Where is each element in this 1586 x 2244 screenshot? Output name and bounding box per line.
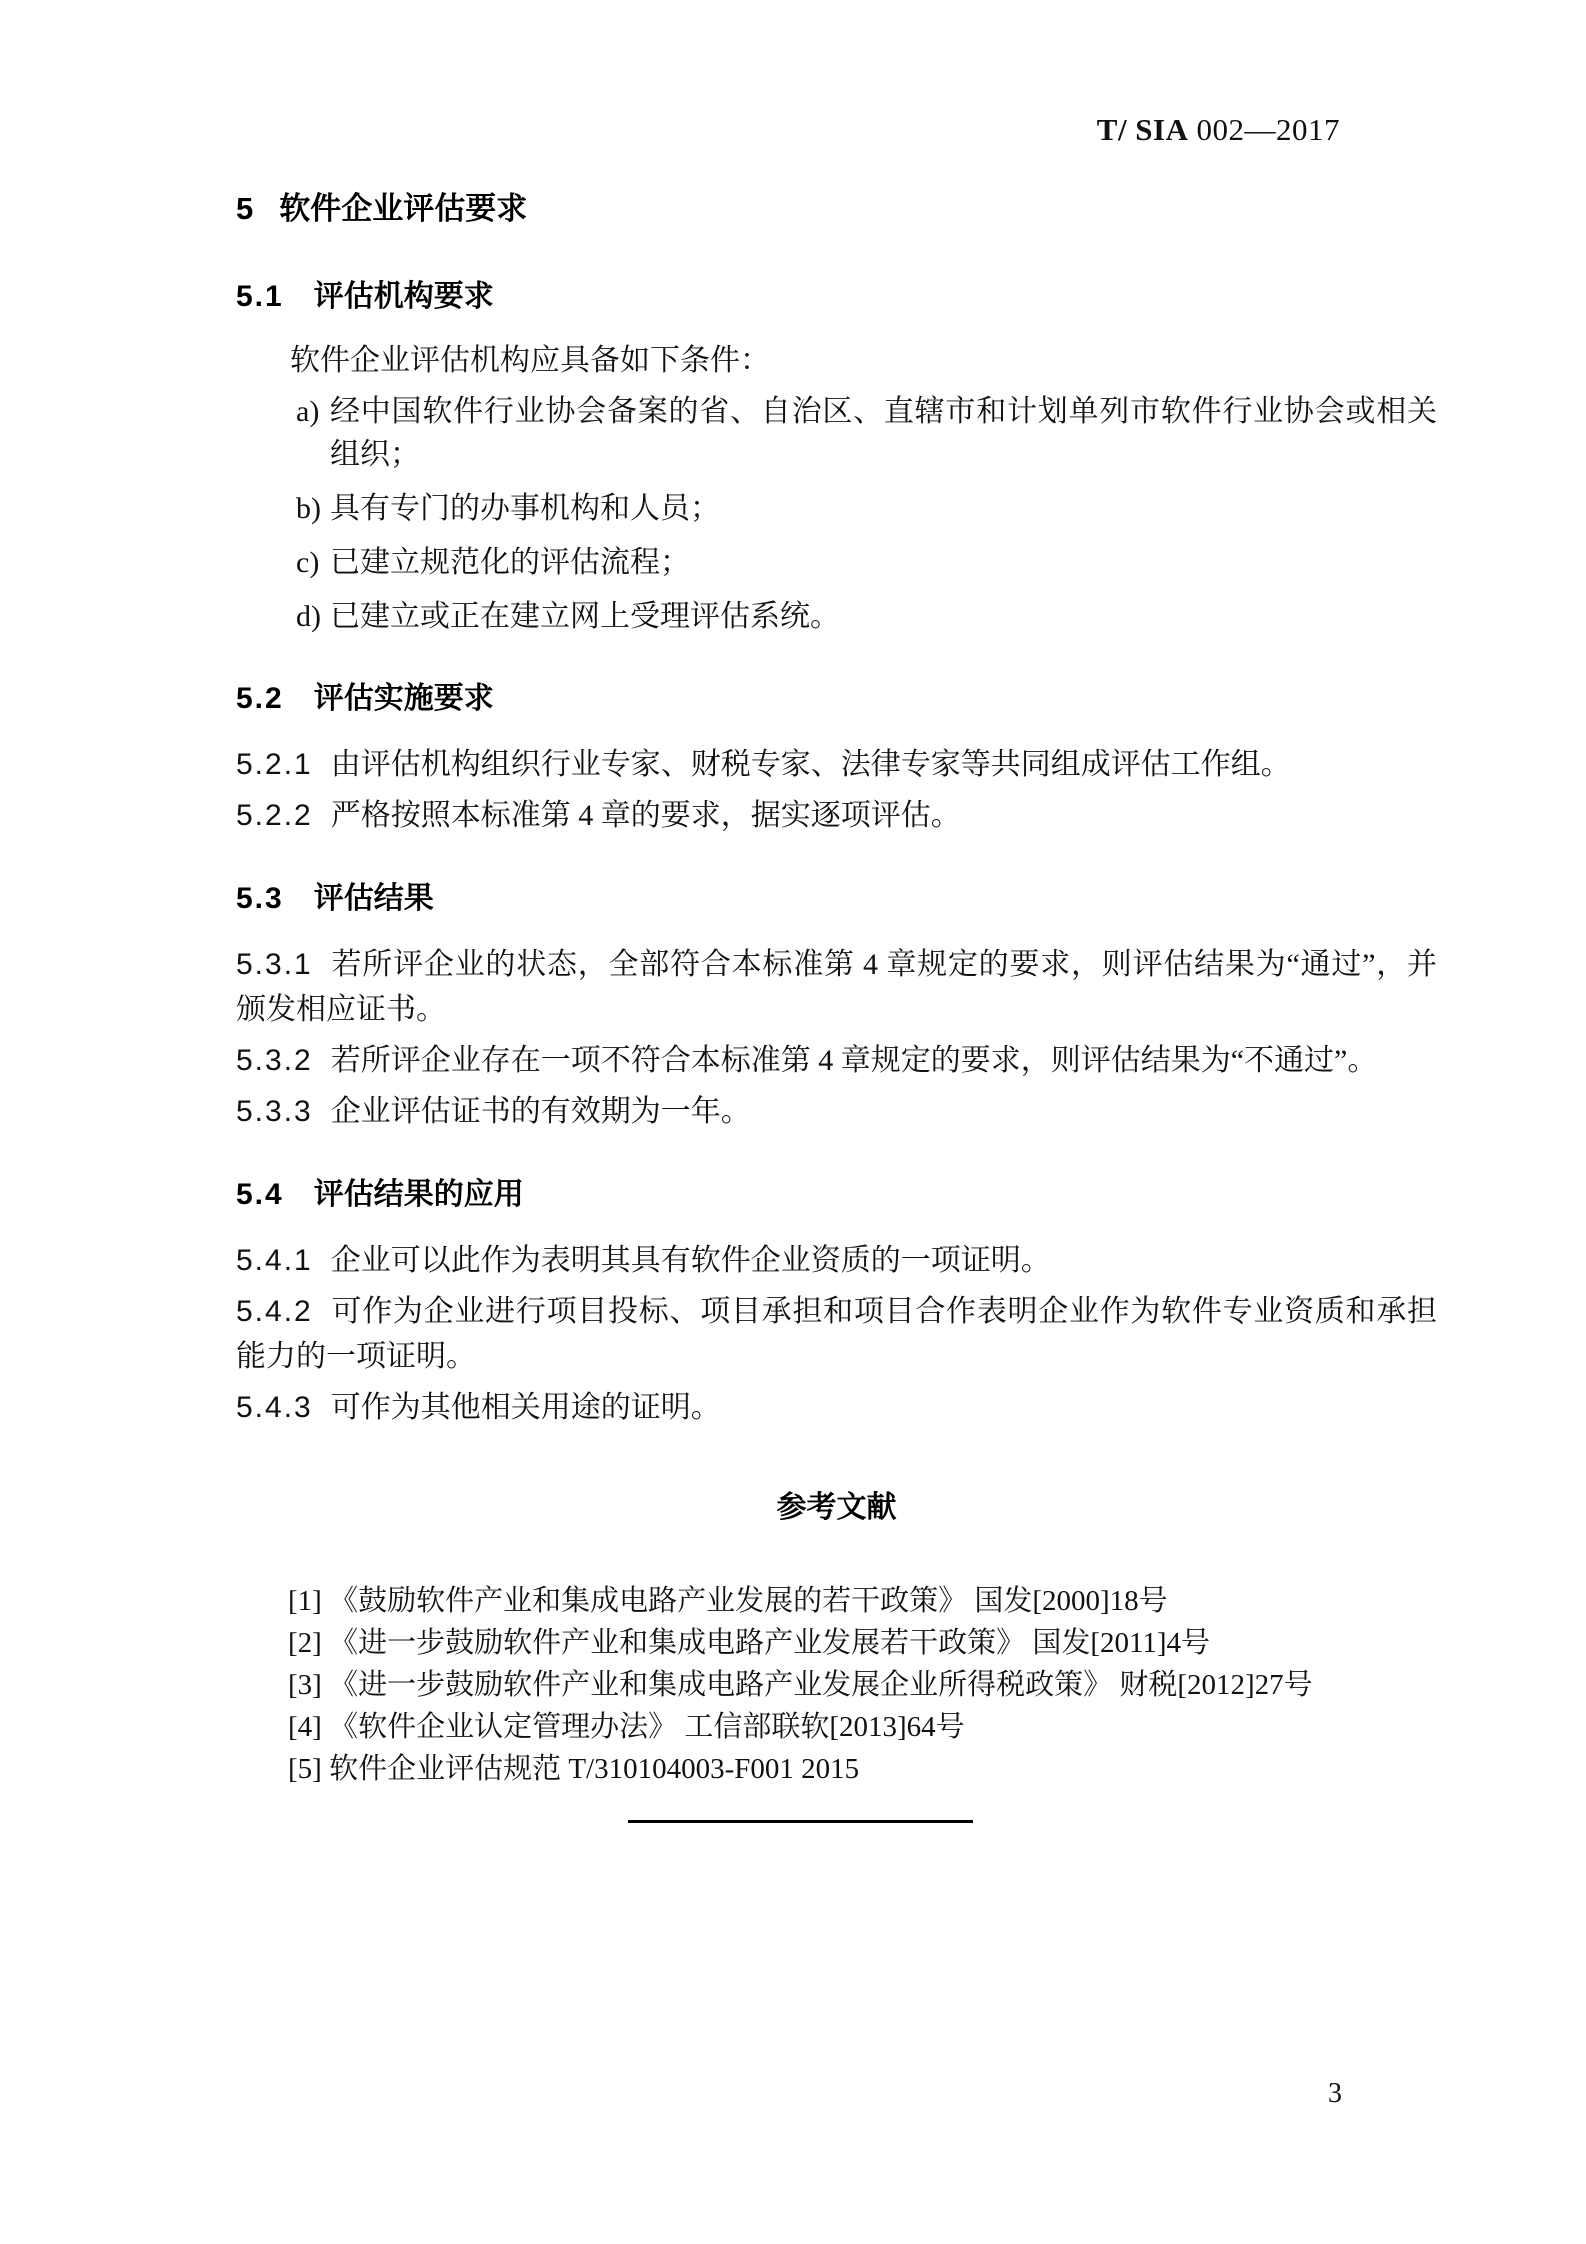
reference-item-2: [2] 《进一步鼓励软件产业和集成电路产业发展若干政策》 国发[2011]4号 (288, 1622, 1437, 1664)
references-heading: 参考文献 (236, 1482, 1437, 1526)
clause-5-3-1: 5.3.1若所评企业的状态，全部符合本标准第 4 章规定的要求，则评估结果为“通… (236, 942, 1437, 1032)
list-marker-c: c) (296, 541, 330, 584)
clause-5-4-1: 5.4.1企业可以此作为表明其具有软件企业资质的一项证明。 (236, 1238, 1437, 1283)
clause-5-4-2-number: 5.4.2 (236, 1295, 313, 1328)
clause-5-3-2: 5.3.2若所评企业存在一项不符合本标准第 4 章规定的要求，则评估结果为“不通… (236, 1038, 1437, 1083)
condition-list: a) 经中国软件行业协会备案的省、自治区、直辖市和计划单列市软件行业协会或相关组… (296, 390, 1437, 638)
section-5-1-number: 5.1 (236, 280, 284, 313)
section-5-1-heading: 5.1评估机构要求 (236, 278, 1437, 316)
clause-5-4-2: 5.4.2可作为企业进行项目投标、项目承担和项目合作表明企业作为软件专业资质和承… (236, 1289, 1437, 1379)
section-5-4-title: 评估结果的应用 (314, 1178, 524, 1211)
list-item-b: b) 具有专门的办事机构和人员； (296, 487, 1437, 530)
clause-5-2-2-text: 严格按照本标准第 4 章的要求，据实逐项评估。 (331, 799, 961, 832)
section-5-2-title: 评估实施要求 (314, 682, 494, 715)
page-number: 3 (1328, 2078, 1342, 2110)
section-5-3-number: 5.3 (236, 882, 284, 915)
section-5-1-title: 评估机构要求 (314, 280, 494, 313)
clause-5-2-2: 5.2.2严格按照本标准第 4 章的要求，据实逐项评估。 (236, 793, 1437, 838)
clause-5-3-3: 5.3.3企业评估证书的有效期为一年。 (236, 1089, 1437, 1134)
reference-item-4: [4] 《软件企业认定管理办法》 工信部联软[2013]64号 (288, 1706, 1437, 1748)
section-5-3-heading: 5.3评估结果 (236, 880, 1437, 918)
section-5-3-title: 评估结果 (314, 882, 434, 915)
clause-5-3-1-number: 5.3.1 (236, 948, 313, 981)
document-page: T/ SIA002—2017 5软件企业评估要求 5.1评估机构要求 软件企业评… (0, 0, 1586, 2244)
clause-5-4-1-number: 5.4.1 (236, 1244, 313, 1277)
clause-5-2-1-text: 由评估机构组织行业专家、财税专家、法律专家等共同组成评估工作组。 (331, 748, 1291, 781)
list-text-d: 已建立或正在建立网上受理评估系统。 (330, 595, 1437, 638)
section-5-title: 软件企业评估要求 (279, 191, 527, 226)
list-item-d: d) 已建立或正在建立网上受理评估系统。 (296, 595, 1437, 638)
clause-5-4-1-text: 企业可以此作为表明其具有软件企业资质的一项证明。 (331, 1244, 1051, 1277)
clause-5-3-2-text: 若所评企业存在一项不符合本标准第 4 章规定的要求，则评估结果为“不通过”。 (331, 1044, 1378, 1077)
page-content: 5软件企业评估要求 5.1评估机构要求 软件企业评估机构应具备如下条件： a) … (236, 0, 1437, 1823)
clause-5-2-1-number: 5.2.1 (236, 748, 313, 781)
section-5-2-heading: 5.2评估实施要求 (236, 680, 1437, 718)
section-5-4-number: 5.4 (236, 1178, 284, 1211)
section-5-heading: 5软件企业评估要求 (236, 190, 1437, 228)
clause-5-3-1-text: 若所评企业的状态，全部符合本标准第 4 章规定的要求，则评估结果为“通过”，并颁… (236, 948, 1437, 1026)
clause-5-3-3-text: 企业评估证书的有效期为一年。 (331, 1095, 751, 1128)
references-list: [1] 《鼓励软件产业和集成电路产业发展的若干政策》 国发[2000]18号 [… (288, 1580, 1437, 1790)
list-text-b: 具有专门的办事机构和人员； (330, 487, 1437, 530)
section-5-4-heading: 5.4评估结果的应用 (236, 1176, 1437, 1214)
section-5-2-number: 5.2 (236, 682, 284, 715)
clause-5-3-2-number: 5.3.2 (236, 1044, 313, 1077)
list-text-a: 经中国软件行业协会备案的省、自治区、直辖市和计划单列市软件行业协会或相关组织； (330, 390, 1437, 476)
clause-5-4-3: 5.4.3可作为其他相关用途的证明。 (236, 1385, 1437, 1430)
clause-5-4-3-text: 可作为其他相关用途的证明。 (331, 1391, 721, 1424)
section-5-number: 5 (236, 191, 253, 226)
clause-5-2-1: 5.2.1由评估机构组织行业专家、财税专家、法律专家等共同组成评估工作组。 (236, 742, 1437, 787)
reference-item-3: [3] 《进一步鼓励软件产业和集成电路产业发展企业所得税政策》 财税[2012]… (288, 1664, 1437, 1706)
list-marker-d: d) (296, 595, 330, 638)
clause-5-4-2-text: 可作为企业进行项目投标、项目承担和项目合作表明企业作为软件专业资质和承担能力的一… (236, 1295, 1437, 1373)
list-item-a: a) 经中国软件行业协会备案的省、自治区、直辖市和计划单列市软件行业协会或相关组… (296, 390, 1437, 476)
clause-5-4-3-number: 5.4.3 (236, 1391, 313, 1424)
list-item-c: c) 已建立规范化的评估流程； (296, 541, 1437, 584)
list-marker-a: a) (296, 390, 330, 433)
list-marker-b: b) (296, 487, 330, 530)
clause-5-2-2-number: 5.2.2 (236, 799, 313, 832)
reference-item-5: [5] 软件企业评估规范 T/310104003-F001 2015 (288, 1748, 1437, 1790)
end-of-document-rule (628, 1820, 973, 1823)
clause-5-1-intro: 软件企业评估机构应具备如下条件： (236, 340, 1437, 382)
reference-item-1: [1] 《鼓励软件产业和集成电路产业发展的若干政策》 国发[2000]18号 (288, 1580, 1437, 1622)
clause-5-3-3-number: 5.3.3 (236, 1095, 313, 1128)
list-text-c: 已建立规范化的评估流程； (330, 541, 1437, 584)
